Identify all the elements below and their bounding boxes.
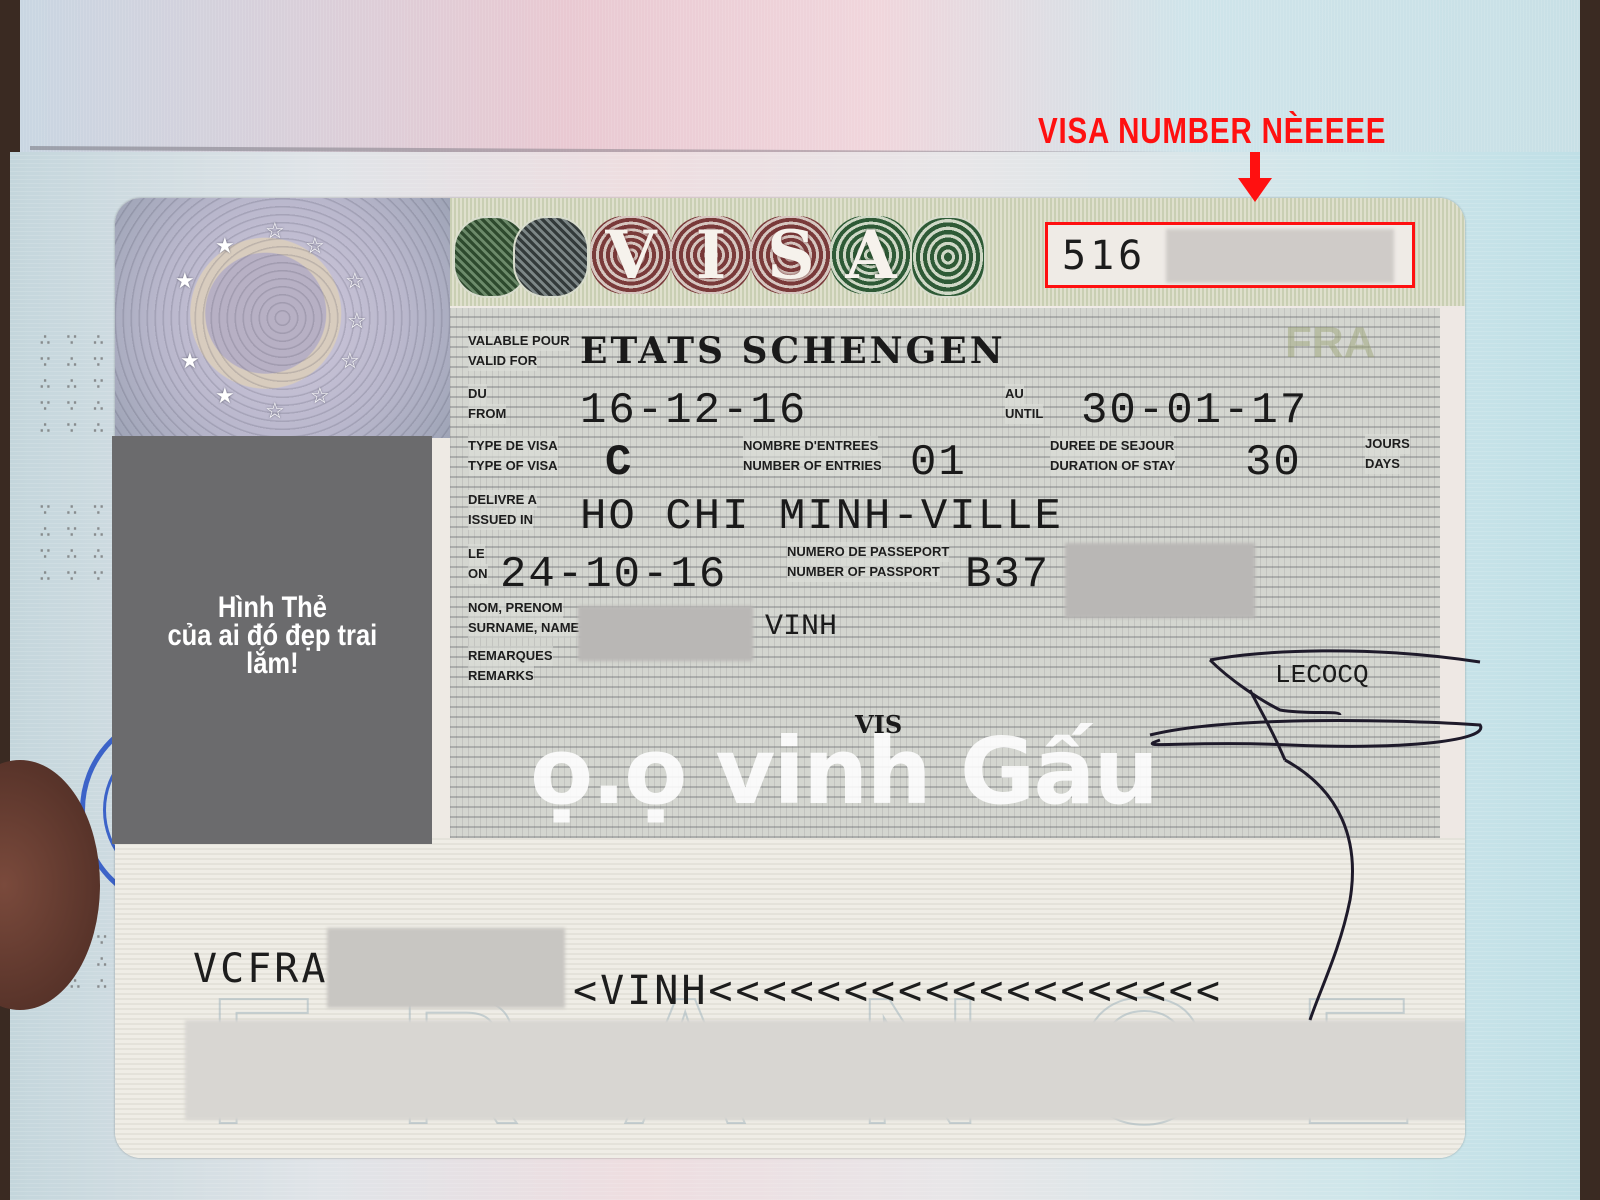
visa-type: C <box>605 438 633 488</box>
label-remarks-en: REMARKS <box>468 666 534 686</box>
star-icon: ☆ <box>265 218 285 244</box>
label-valid-for-en: VALID FOR <box>468 351 537 371</box>
mrz-redaction <box>327 928 565 1008</box>
visa-number-highlight: 516 <box>1045 222 1415 288</box>
label-from-en: FROM <box>468 404 506 424</box>
star-icon: ☆ <box>265 398 285 424</box>
arrow-down-icon <box>1250 152 1260 180</box>
star-icon: ★ <box>175 268 195 294</box>
label-name-en: SURNAME, NAME <box>468 618 579 638</box>
label-duration-unit-en: DAYS <box>1365 454 1400 474</box>
star-icon: ★ <box>215 233 235 259</box>
valid-for-value: ETATS SCHENGEN <box>580 330 1006 372</box>
banner-letter: S <box>750 216 832 294</box>
country-code-watermark: FRA <box>1285 318 1375 368</box>
banner-pattern <box>513 216 589 298</box>
label-until-en: UNTIL <box>1005 404 1043 424</box>
issued-in-value: HO CHI MINH-VILLE <box>580 492 1063 542</box>
label-issued-in-fr: DELIVRE A <box>468 490 537 510</box>
visa-number-redaction <box>1166 229 1394 283</box>
surname-redaction <box>578 606 753 661</box>
banner-letter: I <box>670 216 752 294</box>
star-icon: ☆ <box>310 383 330 409</box>
visa-number: 516 <box>1062 233 1146 279</box>
given-name: VINH <box>765 610 837 644</box>
label-until-fr: AU <box>1005 384 1024 404</box>
banner-letter: A <box>830 216 912 294</box>
star-icon: ★ <box>215 383 235 409</box>
photo-placeholder: Hình Thẻ của ai đó đẹp trai lắm! <box>112 436 432 844</box>
visa-banner: V I S A <box>445 212 965 298</box>
photo-caption-line: lắm! <box>167 650 377 678</box>
label-name-fr: NOM, PRENOM <box>468 598 563 618</box>
eu-hologram: ☆ ☆ ☆ ☆ ☆ ☆ ☆ ★ ★ ★ ★ <box>115 198 450 438</box>
label-valid-for-fr: VALABLE POUR <box>468 331 570 351</box>
banner-pattern <box>910 216 986 298</box>
from-date: 16-12-16 <box>580 386 807 436</box>
star-icon: ☆ <box>340 348 360 374</box>
perforation-holes: ∴ ∵ ∴∵ ∴ ∵∴ ∴ ∵∵ ∵ ∴∴ ∵ ∴ <box>40 330 109 440</box>
label-duration-en: DURATION OF STAY <box>1050 456 1175 476</box>
label-duration-fr: DUREE DE SEJOUR <box>1050 436 1174 456</box>
star-icon: ☆ <box>347 308 367 334</box>
star-icon: ☆ <box>305 233 325 259</box>
star-icon: ☆ <box>345 268 365 294</box>
label-entries-fr: NOMBRE D'ENTREES <box>743 436 878 456</box>
passport-number: B37 <box>965 550 1050 600</box>
label-duration-unit-fr: JOURS <box>1365 434 1410 454</box>
arrow-head <box>1238 178 1272 202</box>
perforation-holes: ∵ ∴ ∵∴ ∵ ∴∵ ∴ ∴∴ ∵ ∵ <box>40 500 109 588</box>
photo-caption: Hình Thẻ của ai đó đẹp trai lắm! <box>167 594 377 678</box>
star-icon: ★ <box>180 348 200 374</box>
annotation-title: VISA NUMBER NÈEEEE <box>1038 110 1386 152</box>
author-watermark: ọ.ọ vinh Gấu <box>530 718 1157 825</box>
duration-value: 30 <box>1245 438 1302 488</box>
photo-caption-line: của ai đó đẹp trai <box>167 622 377 650</box>
label-type-fr: TYPE DE VISA <box>468 436 558 456</box>
label-from-fr: DU <box>468 384 487 404</box>
label-passport-en: NUMBER OF PASSPORT <box>787 562 940 582</box>
photo-caption-line: Hình Thẻ <box>167 594 377 622</box>
label-remarks-fr: REMARQUES <box>468 646 553 666</box>
label-entries-en: NUMBER OF ENTRIES <box>743 456 882 476</box>
entries-count: 01 <box>910 438 967 488</box>
issued-on-date: 24-10-16 <box>500 550 727 600</box>
passport-number-redaction <box>1065 543 1255 618</box>
label-issued-on-fr: LE <box>468 544 485 564</box>
until-date: 30-01-17 <box>1081 386 1308 436</box>
label-issued-in-en: ISSUED IN <box>468 510 533 530</box>
label-passport-fr: NUMERO DE PASSEPORT <box>787 542 949 562</box>
banner-letter: V <box>590 216 672 294</box>
label-issued-on-en: ON <box>468 564 488 584</box>
label-type-en: TYPE OF VISA <box>468 456 558 476</box>
mrz-line-prefix: VCFRA <box>193 946 328 992</box>
officer-signature <box>1110 640 1490 1040</box>
